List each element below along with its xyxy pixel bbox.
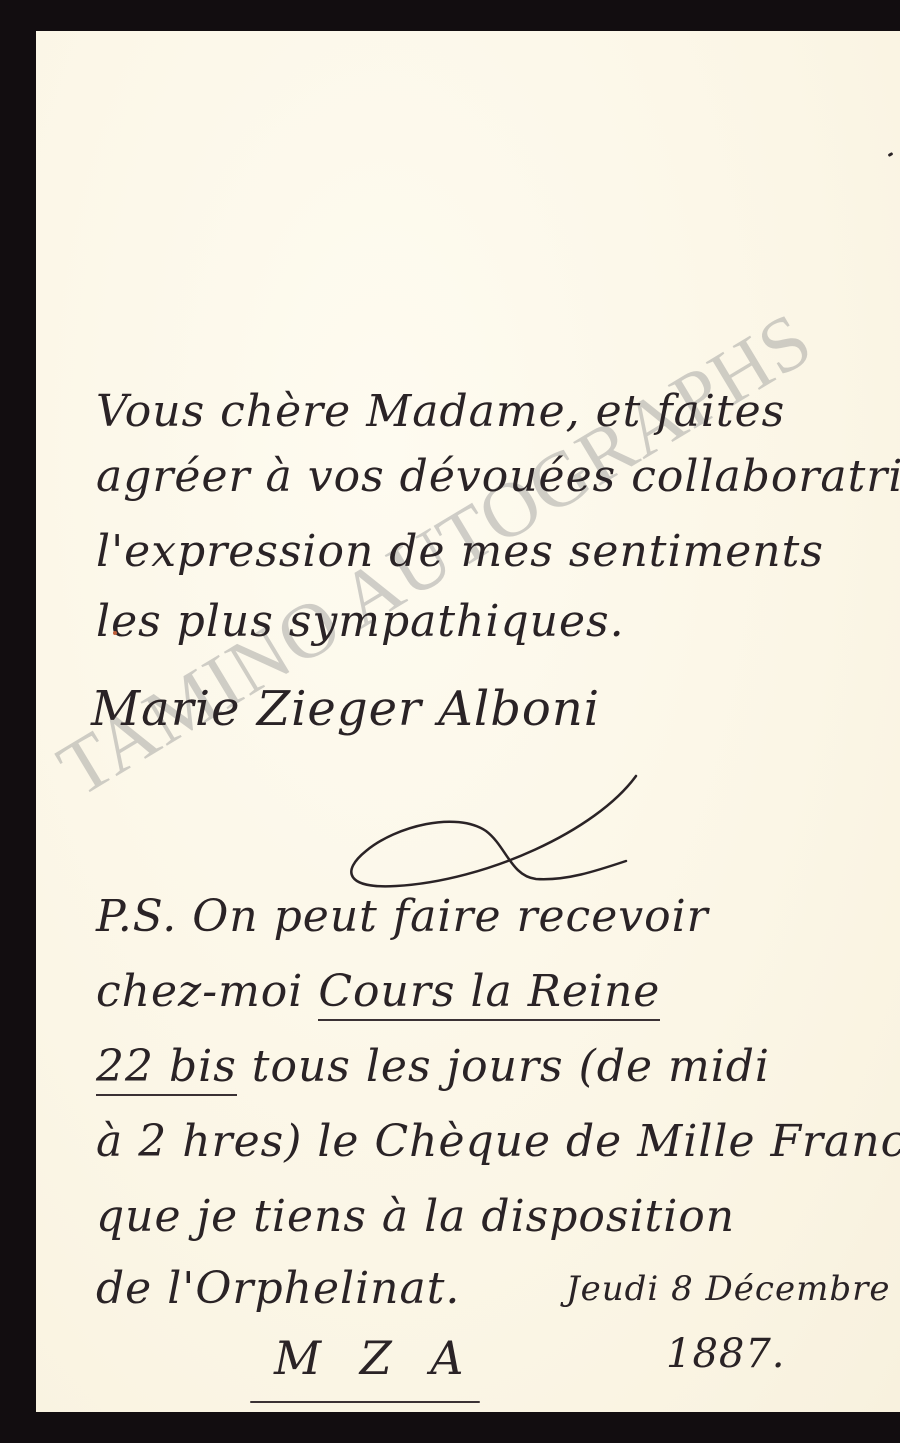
body-line-2: agréer à vos dévouées collaboratrices <box>96 451 900 502</box>
ink-spot <box>113 631 117 635</box>
letter-paper: TAMINO AUTOGRAPHS Vous chère Madame, et … <box>36 31 900 1412</box>
initials-underline <box>250 1401 480 1403</box>
body-line-3: l'expression de mes sentiments <box>96 526 824 577</box>
signature-flourish <box>336 771 756 911</box>
ps-line-3: 22 bis tous les jours (de midi <box>96 1041 770 1092</box>
body-line-1: Vous chère Madame, et faites <box>96 386 785 437</box>
ps-line-2: chez-moi Cours la Reine <box>96 966 660 1017</box>
ps-line-2-prefix: chez-moi <box>96 966 318 1017</box>
ps-line-3-rest: tous les jours (de midi <box>237 1041 770 1092</box>
signature: Marie Zieger Alboni <box>91 681 600 737</box>
ink-mark <box>888 152 894 157</box>
initials: M Z A <box>274 1331 476 1385</box>
ps-line-1: P.S. On peut faire recevoir <box>96 891 709 942</box>
date-day: Jeudi 8 Décembre <box>566 1269 890 1309</box>
ps-address: Cours la Reine <box>318 966 660 1021</box>
ps-line-6: de l'Orphelinat. <box>96 1263 460 1314</box>
ps-line-5: que je tiens à la disposition <box>96 1191 735 1242</box>
body-line-4: les plus sympathiques. <box>96 596 625 647</box>
ps-line-4: à 2 hres) le Chèque de Mille Francs <box>96 1116 900 1167</box>
date-year: 1887. <box>666 1331 786 1377</box>
ps-house-number: 22 bis <box>96 1041 237 1096</box>
